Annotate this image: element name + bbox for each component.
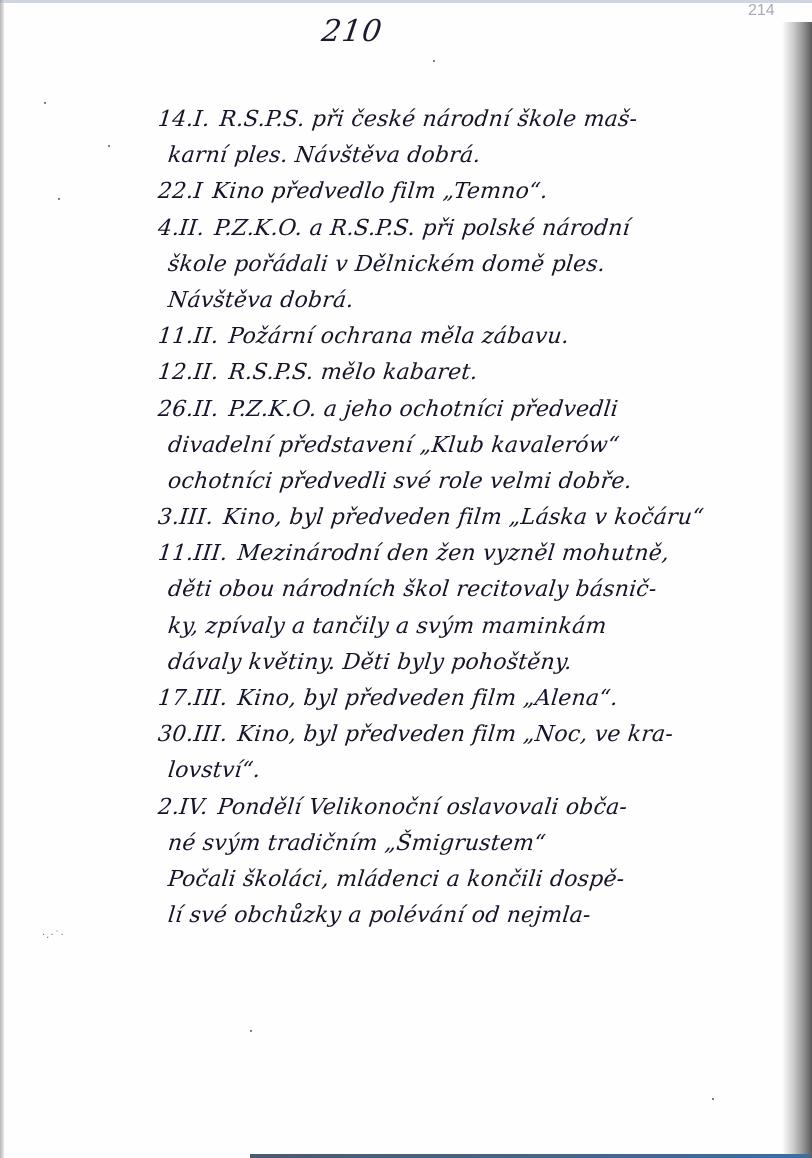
text-line: 12.II.R.S.P.S. mělo kabaret. [156,355,720,391]
text-line: divadelní představení „Klub kavalerów“ [156,428,720,464]
entry-text: dávaly květiny. Děti byly pohoštěny. [167,650,573,675]
entry-date [157,143,160,168]
text-line: 11.II.Požární ochrana měla zábavu. [156,319,720,355]
text-line: né svým tradičním „Šmigrustem“ [156,826,720,862]
entry-date: 30.III. [157,722,229,747]
scan-speck [712,1098,714,1100]
entry-date [157,867,160,892]
entry-text: Pondělí Velikonoční oslavovali obča- [216,795,628,820]
entry-text: karní ples. Návštěva dobrá. [167,143,482,168]
text-line: škole pořádali v Dělnickém domě ples. [156,247,720,283]
page-number: 210 [320,14,385,49]
entry-text: Mezinárodní den žen vyzněl mohutně, [236,541,670,566]
text-line: 3.III.Kino, byl předveden film „Láska v … [156,500,720,536]
entry-text: děti obou národních škol recitovaly básn… [167,577,658,602]
margin-smudge: ·.·˙· [42,930,65,941]
entry-date [157,650,160,675]
scan-speck [250,1030,252,1032]
entry-date [157,469,160,494]
text-line: 30.III.Kino, byl předveden film „Noc, ve… [156,717,720,753]
text-line: lí své obchůzky a polévání od nejmla- [156,898,720,934]
text-line: ky, zpívaly a tančily a svým maminkám [156,609,720,645]
entry-text: P.Z.K.O. a jeho ochotníci předvedli [227,397,619,422]
entry-date: 17.III. [157,686,229,711]
archive-page-number: 214 [748,2,775,20]
entry-date: 22.I [157,179,204,204]
page-bottom-edge [250,1154,810,1158]
entry-text: škole pořádali v Dělnickém domě ples. [167,252,607,277]
entry-text: Požární ochrana měla zábavu. [227,324,570,349]
text-line: 14.I.R.S.P.S. při české národní škole ma… [156,102,720,138]
entry-text: ochotníci předvedli své role velmi dobře… [167,469,633,494]
entry-date [157,614,160,639]
entry-date: 3.III. [157,505,215,530]
entry-date: 11.II. [157,324,220,349]
entry-text: divadelní představení „Klub kavalerów“ [167,433,621,458]
entry-text: Kino, byl předveden film „Láska v kočáru… [222,505,705,530]
text-line: 26.II.P.Z.K.O. a jeho ochotníci předvedl… [156,392,720,428]
entry-date: 2.IV. [157,795,209,820]
text-line: karní ples. Návštěva dobrá. [156,138,720,174]
entry-date: 4.II. [157,216,206,241]
scanned-page: 210 214 14.I.R.S.P.S. při české národní … [0,0,812,1158]
entry-date [157,577,160,602]
chronicle-text: 14.I.R.S.P.S. při české národní škole ma… [158,102,718,934]
entry-text: Kino, byl předveden film „Noc, ve kra- [236,722,674,747]
scan-speck [433,60,435,62]
text-line: 17.III.Kino, byl předveden film „Alena“. [156,681,720,717]
entry-date [157,903,160,928]
text-line: ochotníci předvedli své role velmi dobře… [156,464,720,500]
page-right-shadow [782,22,812,1158]
entry-text: Kino předvedlo film „Temno“. [211,179,549,204]
entry-text: R.S.P.S. při české národní škole maš- [218,107,638,132]
entry-text: P.Z.K.O. a R.S.P.S. při polské národní [213,216,631,241]
entry-date: 12.II. [157,360,220,385]
scan-speck [58,198,60,200]
text-line: 4.II.P.Z.K.O. a R.S.P.S. při polské náro… [156,211,720,247]
entry-text: R.S.P.S. mělo kabaret. [227,360,479,385]
page-top-edge [0,0,812,3]
entry-date: 11.III. [157,541,229,566]
entry-date [157,758,160,783]
scan-speck [44,102,46,104]
entry-date [157,433,160,458]
entry-date [157,288,160,313]
entry-date: 26.II. [157,397,220,422]
text-line: dávaly květiny. Děti byly pohoštěny. [156,645,720,681]
text-line: 22.IKino předvedlo film „Temno“. [156,174,720,210]
entry-text: né svým tradičním „Šmigrustem“ [167,831,547,856]
entry-text: lí své obchůzky a polévání od nejmla- [167,903,592,928]
entry-text: Počali školáci, mládenci a končili dospě… [167,867,626,892]
entry-text: ky, zpívaly a tančily a svým maminkám [167,614,608,639]
entry-date [157,831,160,856]
page-binding-edge [0,0,4,1158]
text-line: Počali školáci, mládenci a končili dospě… [156,862,720,898]
text-line: 11.III.Mezinárodní den žen vyzněl mohutn… [156,536,720,572]
entry-text: lovství“. [167,758,262,783]
text-line: lovství“. [156,753,720,789]
entry-date: 14.I. [157,107,211,132]
scan-speck [108,145,110,147]
entry-text: Kino, byl předveden film „Alena“. [236,686,619,711]
entry-text: Návštěva dobrá. [167,288,355,313]
text-line: Návštěva dobrá. [156,283,720,319]
text-line: 2.IV.Pondělí Velikonoční oslavovali obča… [156,790,720,826]
text-line: děti obou národních škol recitovaly básn… [156,572,720,608]
entry-date [157,252,160,277]
